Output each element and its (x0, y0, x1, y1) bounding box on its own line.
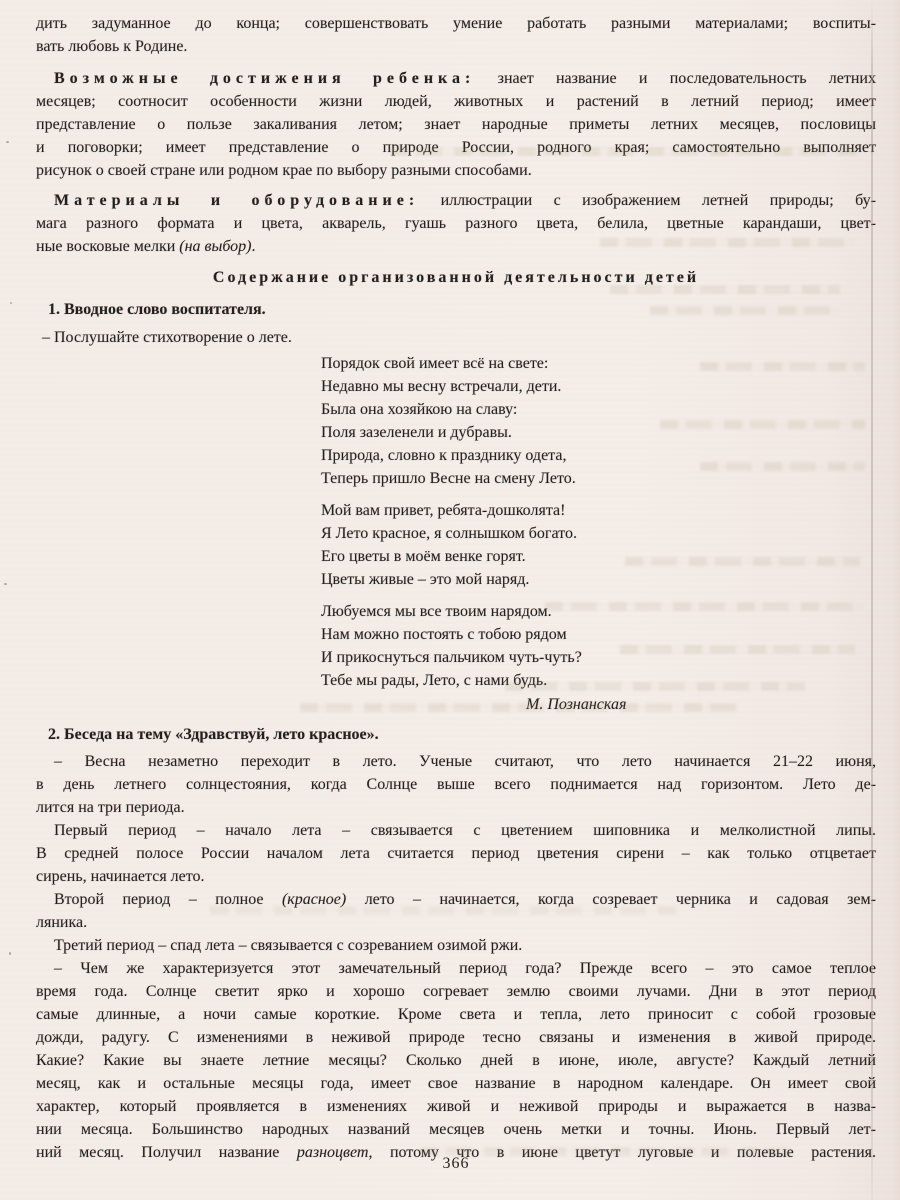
bleed-through-ghost-line (650, 306, 840, 315)
bleed-through-ghost-line (300, 703, 740, 712)
paragraph-listen-to-poem: – Послушайте стихотворение о лете. (36, 326, 876, 349)
bleed-through-ghost-line (625, 557, 860, 566)
text-line: самые длинные, а ночи самые короткие. Кр… (36, 1003, 876, 1026)
scan-speck (6, 141, 9, 143)
text-line: месяц, как и остальные месяцы года, имее… (36, 1072, 876, 1095)
paragraph-first-period: Первый период – начало лета – связываетс… (36, 819, 876, 888)
paragraph-continuation: дить задуманное до конца; совершенствова… (36, 12, 876, 58)
text-line: Возможные достижения ребенка: знает назв… (36, 67, 876, 90)
text-line: нии месяца. Большинство народных названи… (36, 1118, 876, 1141)
paragraph-possible-achievements: Возможные достижения ребенка: знает назв… (36, 67, 876, 182)
text-line: дожди, радугу. С изменениями в неживой п… (36, 1026, 876, 1049)
poem-about-summer: Порядок свой имеет всё на свете:Недавно … (36, 352, 876, 716)
scanned-book-page: дить задуманное до конца; совершенствова… (0, 0, 900, 1200)
bleed-through-ghost-line (700, 462, 865, 471)
bleed-through-ghost-line (700, 362, 865, 371)
text-line: месяцев; соотносит особенности жизни люд… (36, 90, 876, 113)
scan-speck (9, 952, 11, 955)
text-line: Недавно мы весну встречали, дети. (321, 375, 876, 398)
bleed-through-ghost-line (390, 147, 860, 156)
bleed-through-ghost-line (660, 420, 865, 429)
text-line: представление о пользе закаливания летом… (36, 113, 876, 136)
step-2-heading: 2. Беседа на тему «Здравствуй, лето крас… (36, 723, 876, 746)
text-line: сирень, начинается лето. (36, 865, 876, 888)
bleed-through-ghost-line (505, 682, 805, 691)
bleed-through-ghost-line (420, 1147, 790, 1156)
text-line: Я Лето красное, я солнышком богато. (321, 522, 876, 545)
poem-stanza-2: Мой вам привет, ребята-дошколята!Я Лето … (321, 499, 876, 591)
text-line: Мой вам привет, ребята-дошколята! (321, 499, 876, 522)
text-line: Первый период – начало лета – связываетс… (36, 819, 876, 842)
text-line: в день летнего солнцестояния, когда Солн… (36, 773, 876, 796)
text-line: дить задуманное до конца; совершенствова… (36, 12, 876, 35)
text-line: Цветы живые – это мой наряд. (321, 568, 876, 591)
text-line: время года. Солнце светит ярко и хорошо … (36, 980, 876, 1003)
text-line: Третий период – спад лета – связывается … (36, 934, 876, 957)
text-line: – Послушайте стихотворение о лете. (36, 326, 876, 349)
text-line: характер, который проявляется в изменени… (36, 1095, 876, 1118)
text-line: Какие? Какие вы знаете летние месяцы? Ск… (36, 1049, 876, 1072)
text-line: Материалы и оборудование: иллюстрации с … (36, 189, 876, 212)
text-line: Была она хозяйкою на славу: (321, 398, 876, 421)
bleed-through-ghost-line (210, 906, 680, 915)
paragraph-summer-characteristics: – Чем же характеризуется этот замечатель… (36, 957, 876, 1164)
bleed-through-ghost-line (545, 602, 865, 611)
text-line: вать любовь к Родине. (36, 35, 876, 58)
text-line: – Весна незаметно переходит в лето. Учен… (36, 750, 876, 773)
paragraph-third-period: Третий период – спад лета – связывается … (36, 934, 876, 957)
text-line: мага разного формата и цвета, акварель, … (36, 212, 876, 235)
text-line: Нам можно постоять с тобою рядом (321, 623, 876, 646)
bleed-through-ghost-line (610, 285, 840, 294)
scan-speck (10, 302, 12, 304)
text-line: В средней полосе России началом лета счи… (36, 842, 876, 865)
paragraph-spring-to-summer: – Весна незаметно переходит в лето. Учен… (36, 750, 876, 819)
text-line: – Чем же характеризуется этот замечатель… (36, 957, 876, 980)
scan-speck (4, 583, 7, 585)
bleed-through-ghost-line (600, 238, 855, 247)
text-line: лится на три периода. (36, 796, 876, 819)
text-line: рисунок о своей стране или родном крае п… (36, 159, 876, 182)
page-edge-shadow (871, 0, 873, 1200)
bleed-through-ghost-line (620, 645, 855, 654)
paragraph-materials-equipment: Материалы и оборудование: иллюстрации с … (36, 189, 876, 258)
